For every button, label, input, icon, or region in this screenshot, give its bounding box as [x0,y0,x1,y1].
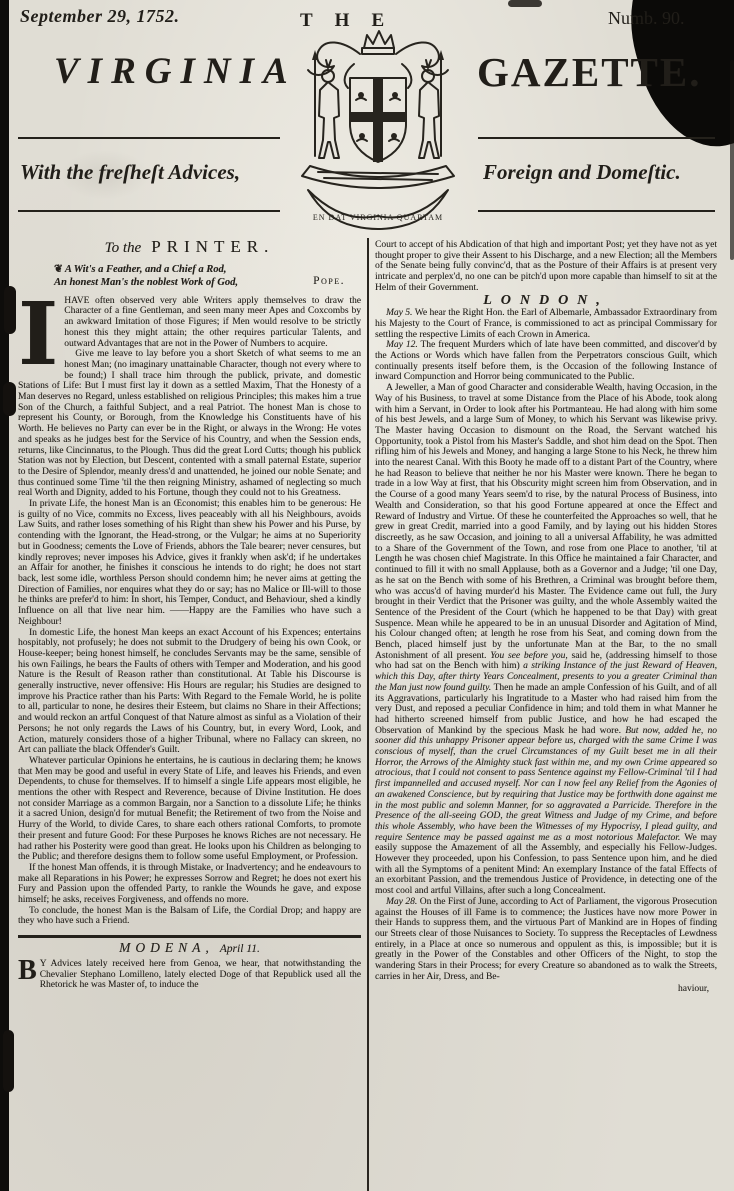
ink-speck [508,0,542,7]
paragraph-text: HAVE often observed very able Writers ap… [64,296,361,349]
paragraph-text: We hear the Right Hon. the Earl of Albem… [375,308,717,339]
modena-dateline-place: MODENA, [119,940,214,955]
paragraph: A Jeweller, a Man of good Character and … [375,383,717,897]
modena-heading: MODENA,April 11. [18,943,361,956]
dateline: May 28. [386,897,417,907]
ink-blot [3,1030,14,1092]
epigraph-line: An honest Man's the noblest Work of God, [54,277,238,288]
masthead-title-gazette: GAZETTE. [477,48,701,96]
drop-cap: B [18,960,37,981]
right-column: Court to accept of his Abdication of tha… [375,240,717,1189]
paragraph-text: A Jeweller, a Man of good Character and … [375,383,717,661]
ink-blot [4,286,16,334]
issue-number: Numb. 90. [608,8,685,29]
paragraph: Give me leave to lay before you a short … [18,349,361,499]
newspaper-page: September 29, 1752. THE Numb. 90. VIRGIN… [0,0,734,1191]
drop-cap: I [18,299,58,371]
paragraph-text: We may easily suppose the Amazement of a… [375,833,717,897]
paragraph-text-italic: But now, added he, no sooner did this un… [375,726,717,843]
masthead-rule [18,137,280,139]
paragraph-text: On the First of June, according to Act o… [375,897,717,982]
paragraph: May 12. The frequent Murders which of la… [375,340,717,383]
epigraph-attribution: Pope. [313,275,345,288]
scan-edge-right [730,60,734,260]
paragraph-text: In private Life, the honest Man is an Œc… [18,499,361,627]
modena-dateline-date: April 11. [220,943,260,955]
masthead-rule [478,210,715,212]
masthead-title-virginia: VIRGINIA [54,50,297,93]
printer-heading-word: PRINTER. [151,240,274,256]
ink-blot [3,382,16,416]
paragraph: IHAVE often observed very able Writers a… [18,296,361,350]
paragraph: May 28. On the First of June, according … [375,897,717,983]
column-divider [367,238,369,1191]
paragraph-text-italic: You see before you, [490,651,571,661]
masthead-rule [478,137,715,139]
paragraph: To conclude, the honest Man is the Balsa… [18,906,361,927]
paragraph: In domestic Life, the honest Man keeps a… [18,628,361,756]
printer-heading: To thePRINTER. [18,242,361,256]
printer-heading-prefix: To the [105,240,142,256]
london-heading: LONDON, [375,296,717,307]
paragraph-text: To conclude, the honest Man is the Balsa… [18,906,361,927]
catchword: haviour, [375,984,717,995]
issue-date: September 29, 1752. [20,6,180,27]
epigraph: ❦A Wit's a Feather, and a Chief a Rod, A… [54,263,361,289]
ornament-leaf-icon: ❦ [54,264,63,275]
paragraph-text: In domestic Life, the honest Man keeps a… [18,628,361,756]
paragraph: In private Life, the honest Man is an Œc… [18,499,361,627]
section-divider [18,935,361,938]
crest-motto: EN DAT VIRGINIA QUARTAM [313,213,443,222]
masthead-rule [18,210,280,212]
tagline-left: With the freſheſt Advices, [20,160,240,185]
paragraph: Whatever particular Opinions he entertai… [18,756,361,863]
tagline-right: Foreign and Domeſtic. [483,160,681,185]
paragraph-text: Y Advices lately received here from Geno… [40,959,361,990]
paragraph-text: Whatever particular Opinions he entertai… [18,756,361,862]
dateline: May 12. [386,340,418,350]
scan-edge-left [0,0,9,1191]
paragraph-text: Give me leave to lay before you a short … [18,349,361,498]
paragraph-text: If the honest Man offends, it is through… [18,863,361,905]
paragraph: BY Advices lately received here from Gen… [18,959,361,991]
royal-arms-crest-icon: EN DAT VIRGINIA QUARTAM [284,20,472,244]
paragraph-text: Court to accept of his Abdication of tha… [375,240,717,293]
paragraph: If the honest Man offends, it is through… [18,863,361,906]
paragraph-text: The frequent Murders which of late have … [375,340,717,382]
paragraph: May 5. We hear the Right Hon. the Earl o… [375,308,717,340]
epigraph-line: A Wit's a Feather, and a Chief a Rod, [65,264,227,275]
paragraph: Court to accept of his Abdication of tha… [375,240,717,294]
dateline: May 5. [386,308,412,318]
left-column: To thePRINTER. ❦A Wit's a Feather, and a… [18,240,361,1189]
